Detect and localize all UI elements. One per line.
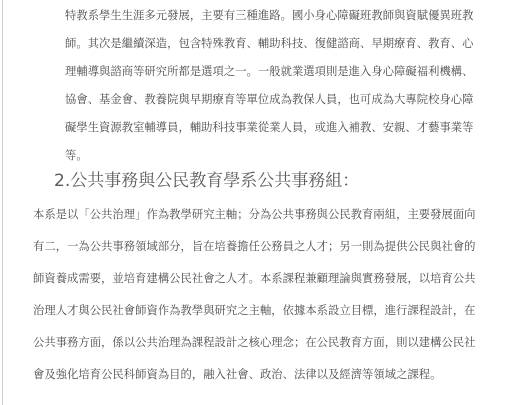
section-heading-public-affairs: 2.公共事務與公民教育學系公共事務組： [54,170,359,192]
special-ed-career-paragraph: 特教系學生生涯多元發展，主要有三種進路。國小身心障礙班教師與資賦優異班教 師。其… [65,2,475,170]
document-page: 特教系學生生涯多元發展，主要有三種進路。國小身心障礙班教師與資賦優異班教 師。其… [2,0,522,405]
public-affairs-department-paragraph: 本系是以「公共治理」作為教學研究主軸；分為公共事務與公民教育兩組，主要發展面向 … [33,199,477,391]
